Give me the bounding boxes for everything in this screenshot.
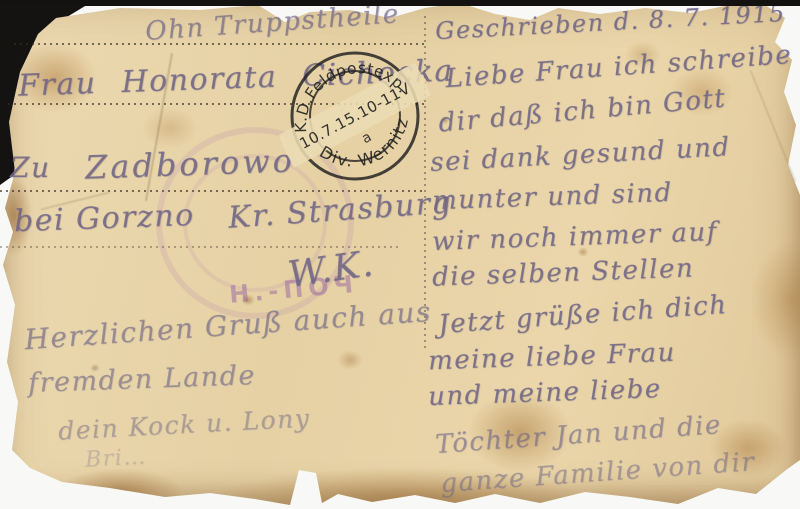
postmark-letter: a: [359, 129, 374, 147]
faint-fragment: Bri…: [84, 446, 147, 471]
message-line: munter und sind: [432, 180, 673, 214]
scanner-edge-strip: [0, 0, 800, 6]
address-zu: Zu: [10, 154, 51, 182]
greeting-line-2: fremden Lande: [28, 362, 257, 397]
message-line: und meine liebe: [428, 376, 662, 410]
postcard-scan: Ohn Truppstheile Frau Honorata Cichocka …: [0, 0, 800, 509]
address-place: Zadborowo: [85, 144, 296, 183]
address-bei-gorzno: bei Gorzno: [14, 201, 196, 237]
